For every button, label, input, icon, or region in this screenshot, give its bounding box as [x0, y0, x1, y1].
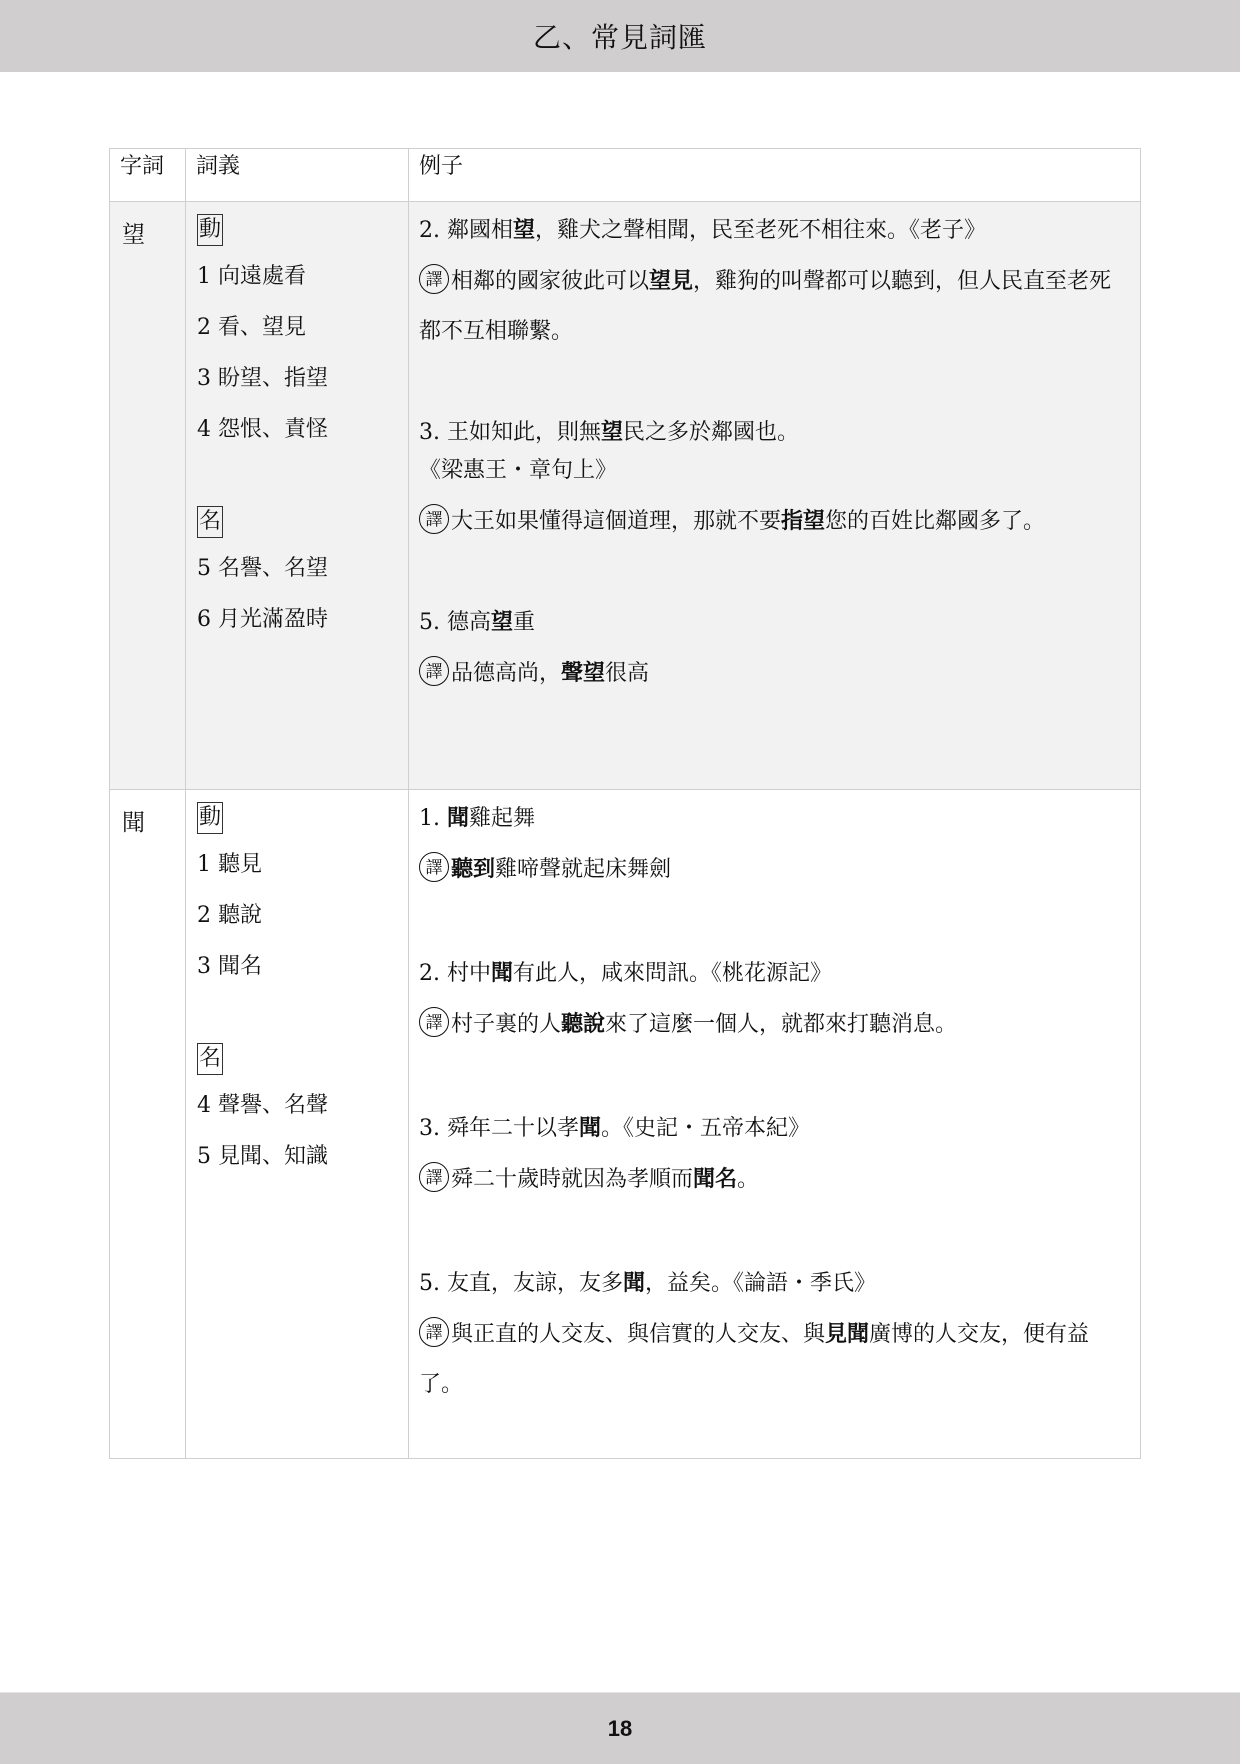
- translation-icon: 譯: [419, 1317, 449, 1347]
- meanings-cell: 動 1 向遠處看 2 看、望見 3 盼望、指望 4 怨恨、責怪 名 5 名譽、名…: [186, 202, 409, 790]
- examples-cell: 1. 聞雞起舞 譯聽到雞啼聲就起床舞劍 2. 村中聞有此人，咸來問訊。《桃花源記…: [409, 790, 1141, 1459]
- translation-icon: 譯: [419, 264, 449, 294]
- example-translation: 譯聽到雞啼聲就起床舞劍: [419, 844, 1132, 895]
- example-translation: 譯舜二十歲時就因為孝順而聞名。: [419, 1154, 1132, 1205]
- meaning-item: 4 聲譽、名聲: [197, 1091, 398, 1121]
- example-translation: 譯品德高尚，聲望很高: [419, 648, 1132, 699]
- page-number: 18: [608, 1716, 632, 1742]
- meanings-cell: 動 1 聽見 2 聽說 3 聞名 名 4 聲譽、名聲 5 見聞、知識: [186, 790, 409, 1459]
- meaning-item: 2 看、望見: [197, 313, 398, 343]
- meaning-item: 3 聞名: [197, 952, 398, 982]
- example-source: 《梁惠王・章句上》: [419, 456, 1132, 486]
- table-row: 聞 動 1 聽見 2 聽說 3 聞名 名 4 聲譽、名聲 5 見聞、知識 1. …: [110, 790, 1141, 1459]
- example-sentence: 2. 村中聞有此人，咸來問訊。《桃花源記》: [419, 958, 1132, 989]
- meaning-item: 5 名譽、名望: [197, 554, 398, 584]
- example-sentence: 3. 舜年二十以孝聞。《史記・五帝本紀》: [419, 1113, 1132, 1144]
- column-header-meaning: 詞義: [186, 149, 409, 202]
- pos-noun-label: 名: [197, 1043, 223, 1075]
- table-row: 望 動 1 向遠處看 2 看、望見 3 盼望、指望 4 怨恨、責怪 名 5 名譽…: [110, 202, 1141, 790]
- translation-icon: 譯: [419, 504, 449, 534]
- meaning-item: 1 聽見: [197, 850, 398, 880]
- entry-word: 望: [110, 202, 186, 790]
- meaning-item: 5 見聞、知識: [197, 1142, 398, 1172]
- entry-word: 聞: [110, 790, 186, 1459]
- column-header-examples: 例子: [409, 149, 1141, 202]
- translation-icon: 譯: [419, 1007, 449, 1037]
- pos-noun-label: 名: [197, 506, 223, 538]
- pos-verb-label: 動: [197, 214, 223, 246]
- page-title: 乙、常見詞匯: [533, 16, 707, 56]
- meaning-item: 4 怨恨、責怪: [197, 415, 398, 445]
- column-header-word: 字詞: [110, 149, 186, 202]
- meaning-item: 3 盼望、指望: [197, 364, 398, 394]
- example-sentence: 5. 友直，友諒，友多聞，益矣。《論語・季氏》: [419, 1268, 1132, 1299]
- example-sentence: 1. 聞雞起舞: [419, 803, 1132, 834]
- table-header-row: 字詞 詞義 例子: [110, 149, 1141, 202]
- example-translation: 譯大王如果懂得這個道理，那就不要指望您的百姓比鄰國多了。: [419, 496, 1132, 547]
- example-translation: 譯與正直的人交友、與信實的人交友、與見聞廣博的人交友，便有益了。: [419, 1309, 1132, 1410]
- translation-icon: 譯: [419, 656, 449, 686]
- example-translation: 譯相鄰的國家彼此可以望見，雞狗的叫聲都可以聽到，但人民直至老死都不互相聯繫。: [419, 256, 1132, 357]
- example-sentence: 5. 德高望重: [419, 607, 1132, 638]
- meaning-item: 6 月光滿盈時: [197, 605, 398, 635]
- pos-verb-label: 動: [197, 802, 223, 834]
- example-sentence: 3. 王如知此，則無望民之多於鄰國也。: [419, 417, 1132, 448]
- page-footer: 18: [0, 1692, 1240, 1764]
- example-sentence: 2. 鄰國相望，雞犬之聲相聞，民至老死不相往來。《老子》: [419, 215, 1132, 246]
- translation-icon: 譯: [419, 1162, 449, 1192]
- example-translation: 譯村子裏的人聽說來了這麼一個人，就都來打聽消息。: [419, 999, 1132, 1050]
- page-header-banner: 乙、常見詞匯: [0, 0, 1240, 72]
- translation-icon: 譯: [419, 852, 449, 882]
- vocabulary-table: 字詞 詞義 例子 望 動 1 向遠處看 2 看、望見 3 盼望、指望 4 怨恨、…: [109, 148, 1141, 1459]
- meaning-item: 2 聽說: [197, 901, 398, 931]
- meaning-item: 1 向遠處看: [197, 262, 398, 292]
- examples-cell: 2. 鄰國相望，雞犬之聲相聞，民至老死不相往來。《老子》 譯相鄰的國家彼此可以望…: [409, 202, 1141, 790]
